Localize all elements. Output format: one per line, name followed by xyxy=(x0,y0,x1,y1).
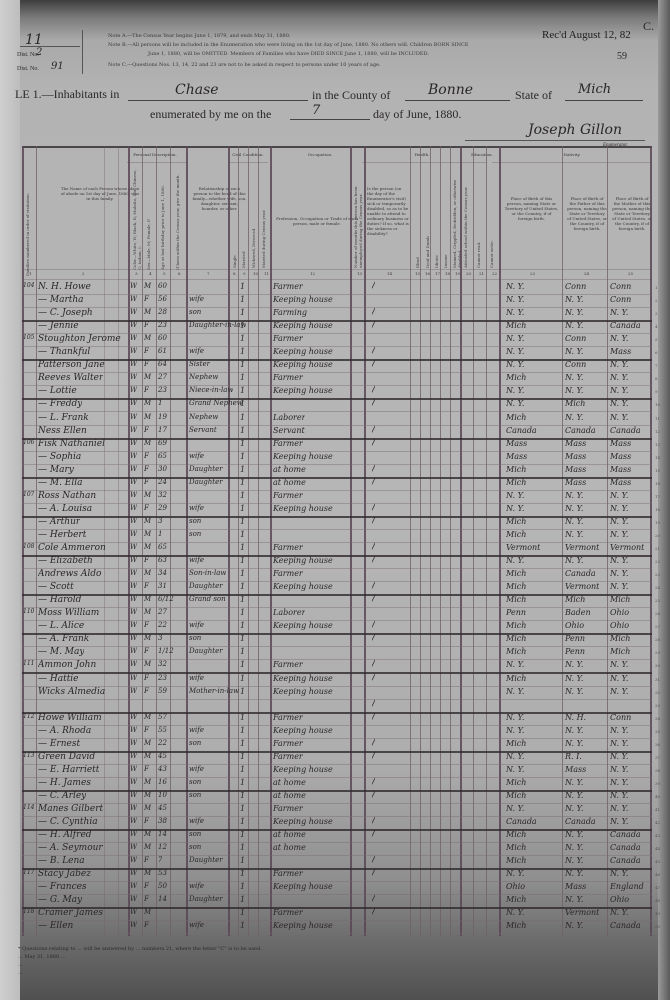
header-color: Color—White, W; Black, B; Mulatto, Mu; C… xyxy=(132,168,142,270)
mother-birthplace-value: N. Y. xyxy=(610,739,628,748)
mother-birthplace-value: Canada xyxy=(610,856,641,865)
relationship-value: son xyxy=(189,739,201,747)
dwelling-number: 114 xyxy=(23,804,34,811)
line-number: 38 xyxy=(655,768,660,773)
person-name: Howe William xyxy=(38,713,102,723)
check-mark: / xyxy=(372,437,375,448)
birthplace-value: Mich xyxy=(506,843,526,852)
mother-birthplace-value: Canada xyxy=(610,830,641,839)
color-value: W xyxy=(130,530,137,538)
civil-condition-mark: 1 xyxy=(240,895,245,904)
check-mark: / xyxy=(372,776,375,787)
line-number: 18 xyxy=(655,507,660,512)
civil-condition-mark: 1 xyxy=(240,674,245,683)
sex-value: F xyxy=(144,347,149,355)
age-value: 1 xyxy=(158,530,162,538)
color-value: W xyxy=(130,843,137,851)
mother-birthplace-value: N. Y. xyxy=(610,373,628,382)
table-row: — MaryWF30Daughter1at homeMichMassMass15… xyxy=(22,465,652,478)
relationship-value: Daughter xyxy=(189,647,223,655)
birthplace-value: N. Y. xyxy=(506,504,524,513)
table-row: Ness EllenWF17Servant1ServantCanadaCanad… xyxy=(22,426,652,439)
table-row: — FreddyWM1Grand Nephew1N. Y.MichN. Y.10… xyxy=(22,399,652,412)
mother-birthplace-value: N. Y. xyxy=(610,582,628,591)
age-value: 57 xyxy=(158,713,167,721)
check-mark: / xyxy=(372,515,375,526)
birthplace-value: N. Y. xyxy=(506,347,524,356)
date-suffix: day of June, 1880. xyxy=(373,107,461,122)
county-underline xyxy=(405,100,510,101)
father-birthplace-value: N. H. xyxy=(565,713,586,722)
sex-value: M xyxy=(144,530,151,538)
mother-birthplace-value: Ohio xyxy=(610,621,629,630)
birthplace-value: N. Y. xyxy=(506,752,524,761)
occupation-value: Keeping house xyxy=(273,504,333,513)
table-row: — ArthurWM3son1MichN. Y.N. Y.19/ xyxy=(22,517,652,530)
sex-value: M xyxy=(144,908,151,916)
mother-birthplace-value: N. Y. xyxy=(610,765,628,774)
father-birthplace-value: N. Y. xyxy=(565,921,583,930)
father-birthplace-value: N. Y. xyxy=(565,856,583,865)
line-number: 1 xyxy=(655,285,658,290)
table-row: — ThankfulWF61wife1Keeping houseN. Y.N. … xyxy=(22,347,652,360)
line-number: 32 xyxy=(655,690,660,695)
civil-condition-mark: 1 xyxy=(240,687,245,696)
line-number: 17 xyxy=(655,494,660,499)
relationship-value: Daughter xyxy=(189,895,223,903)
signature-line xyxy=(465,140,645,141)
occupation-value: Keeping house xyxy=(273,765,333,774)
census-page: 11 Dist. No. 2 Dist. No. 91 Note A.—The … xyxy=(0,0,670,1000)
mother-birthplace-value: N. Y. xyxy=(610,660,628,669)
footer-note-3: ... xyxy=(18,962,23,968)
table-row: 111Ammon JohnWM321FarmerN. Y.N. Y.N. Y.3… xyxy=(22,660,652,673)
relationship-value: Daughter-in-law xyxy=(189,321,246,329)
column-number: 18 xyxy=(445,271,450,276)
table-row: — G. MayWF14Daughter1MichN. Y.Ohio48/ xyxy=(22,895,652,908)
birthplace-value: Mich xyxy=(506,413,526,422)
father-birthplace-value: Ohio xyxy=(565,621,584,630)
occupation-value: Keeping house xyxy=(273,347,333,356)
column-number: 3 xyxy=(135,271,138,276)
occupation-value: at home xyxy=(273,843,306,852)
sex-value: M xyxy=(144,334,151,342)
table-row: 112Howe WilliamWM571FarmerN. Y.N. H.Conn… xyxy=(22,713,652,726)
birthplace-value: N. Y. xyxy=(506,360,524,369)
color-value: W xyxy=(130,921,137,929)
color-value: W xyxy=(130,569,137,577)
age-value: 19 xyxy=(158,413,167,421)
mother-birthplace-value: Mich xyxy=(610,595,630,604)
sex-value: M xyxy=(144,517,151,525)
column-number: 21 xyxy=(479,271,484,276)
subheader-rule xyxy=(492,162,652,163)
civil-condition-mark: 1 xyxy=(240,726,245,735)
relationship-value: wife xyxy=(189,347,204,355)
father-birthplace-value: Vermont xyxy=(565,908,599,917)
line-number: 34 xyxy=(655,716,660,721)
header-married-in-year: Married during Census year. xyxy=(261,168,266,268)
line-number: 21 xyxy=(655,546,660,551)
line-number: 46 xyxy=(655,872,660,877)
occupation-value: Keeping house xyxy=(273,817,333,826)
father-birthplace-value: N. Y. xyxy=(565,660,583,669)
line-number: 25 xyxy=(655,598,660,603)
received-stamp: Rec'd August 12, 82 xyxy=(542,29,631,41)
relationship-value: son xyxy=(189,634,201,642)
line-number: 36 xyxy=(655,742,660,747)
age-value: 7 xyxy=(158,856,162,864)
mother-birthplace-value: N. Y. xyxy=(610,804,628,813)
birthplace-value: Mich xyxy=(506,674,526,683)
check-mark: / xyxy=(372,397,375,408)
header-cannot-write: Cannot write. xyxy=(489,216,494,268)
check-mark: / xyxy=(372,737,375,748)
table-row: — C. JosephWM28son1FarmingN. Y.N. Y.N. Y… xyxy=(22,308,652,321)
color-value: W xyxy=(130,634,137,642)
table-row: — ElizabethWF63wife1Keeping houseN. Y.N.… xyxy=(22,556,652,569)
day-underline xyxy=(290,119,370,120)
dwelling-number: 111 xyxy=(23,660,34,667)
father-birthplace-value: N. Y. xyxy=(565,869,583,878)
table-row: 33/ xyxy=(22,700,652,713)
occupation-value: Farmer xyxy=(273,739,303,748)
father-birthplace-value: Mass xyxy=(565,439,586,448)
line-number: 19 xyxy=(655,520,660,525)
birthplace-value: Mich xyxy=(506,595,526,604)
state-value: Mich xyxy=(578,82,611,97)
line-number: 43 xyxy=(655,833,660,838)
table-row: — L. FrankWM19Nephew1LaborerMichN. Y.N. … xyxy=(22,413,652,426)
mother-birthplace-value: Mich xyxy=(610,647,630,656)
header-age: Age at last birthday prior to June 1, 18… xyxy=(160,168,165,270)
person-name: Manes Gilbert xyxy=(38,804,103,814)
age-value: 27 xyxy=(158,608,167,616)
mother-birthplace-value: N. Y. xyxy=(610,517,628,526)
relationship-value: Servant xyxy=(189,426,217,434)
person-name: — Mary xyxy=(38,465,74,475)
civil-condition-mark: 1 xyxy=(240,426,245,435)
person-name: Cramer James xyxy=(38,908,103,918)
civil-condition-mark: 1 xyxy=(240,843,245,852)
header-attended-school: Attended school within the Census year. xyxy=(463,168,468,268)
father-birthplace-value: N. Y. xyxy=(565,517,583,526)
relationship-value: son xyxy=(189,791,201,799)
age-value: 45 xyxy=(158,804,167,812)
color-value: W xyxy=(130,830,137,838)
father-birthplace-value: N. Y. xyxy=(565,895,583,904)
age-value: 45 xyxy=(158,752,167,760)
father-birthplace-value: Mass xyxy=(565,882,586,891)
civil-condition-mark: 1 xyxy=(240,569,245,578)
person-name: — C. Joseph xyxy=(38,308,93,318)
line-number: 45 xyxy=(655,859,660,864)
father-birthplace-value: Penn xyxy=(565,634,585,643)
father-birthplace-value: N. Y. xyxy=(565,791,583,800)
line-number: 28 xyxy=(655,637,660,642)
person-name: — H. James xyxy=(38,778,91,788)
birthplace-value: Penn xyxy=(506,608,526,617)
sex-value: F xyxy=(144,321,149,329)
relationship-value: Daughter xyxy=(189,582,223,590)
age-value: 3 xyxy=(158,517,162,525)
color-value: W xyxy=(130,360,137,368)
civil-condition-mark: 1 xyxy=(240,595,245,604)
occupation-value: Farmer xyxy=(273,334,303,343)
father-birthplace-value: N. Y. xyxy=(565,778,583,787)
check-mark: / xyxy=(372,424,375,435)
column-number: 11 xyxy=(264,271,269,276)
mother-birthplace-value: N. Y. xyxy=(610,530,628,539)
father-birthplace-value: Vermont xyxy=(565,582,599,591)
civil-condition-mark: 1 xyxy=(240,491,245,500)
header-mother-birthplace: Place of Birth of the Mother of this per… xyxy=(612,196,652,231)
check-mark: / xyxy=(372,854,375,865)
age-value: 59 xyxy=(158,687,167,695)
relationship-value: son xyxy=(189,830,201,838)
mother-birthplace-value: N. Y. xyxy=(610,569,628,578)
civil-condition-mark: 1 xyxy=(240,373,245,382)
person-name: — C. Cynthia xyxy=(38,817,98,827)
line-number: 22 xyxy=(655,559,660,564)
line-number: 3 xyxy=(655,311,658,316)
color-value: W xyxy=(130,869,137,877)
person-name: — Herbert xyxy=(38,530,86,540)
age-value: 55 xyxy=(158,726,167,734)
column-number: 5 xyxy=(163,271,166,276)
corner-letter: C. xyxy=(643,19,654,34)
line-number: 11 xyxy=(655,416,660,421)
mother-birthplace-value: Canada xyxy=(610,921,641,930)
dwelling-number: 106 xyxy=(23,439,34,446)
mother-birthplace-value: Canada xyxy=(610,426,641,435)
header-father-birthplace: Place of Birth of the Father of this per… xyxy=(567,196,607,231)
line-number: 37 xyxy=(655,755,660,760)
occupation-value: Keeping house xyxy=(273,360,333,369)
birthplace-value: Mich xyxy=(506,517,526,526)
note-b: Note B.—All persons will be included in … xyxy=(108,42,469,48)
father-birthplace-value: Penn xyxy=(565,647,585,656)
birthplace-value: Mich xyxy=(506,895,526,904)
relationship-value: wife xyxy=(189,726,204,734)
relationship-value: Daughter xyxy=(189,478,223,486)
mother-birthplace-value: N. Y. xyxy=(610,399,628,408)
father-birthplace-value: Canada xyxy=(565,569,596,578)
footer-note-2: ... May 31, 1880 ... xyxy=(18,954,66,960)
place-underline xyxy=(128,100,308,101)
header-dwelling: Families numbered in order of visitation… xyxy=(25,186,30,276)
mother-birthplace-value: Conn xyxy=(610,713,631,722)
sex-value: M xyxy=(144,308,151,316)
age-value: 17 xyxy=(158,426,167,434)
occupation-value: Keeping house xyxy=(273,452,333,461)
occupation-value: Keeping house xyxy=(273,321,333,330)
birthplace-value: N. Y. xyxy=(506,713,524,722)
civil-condition-mark: 1 xyxy=(240,295,245,304)
birthplace-value: Mich xyxy=(506,791,526,800)
father-birthplace-value: N. Y. xyxy=(565,739,583,748)
age-value: 65 xyxy=(158,452,167,460)
age-value: 23 xyxy=(158,674,167,682)
line-number: 26 xyxy=(655,611,660,616)
sex-value: F xyxy=(144,765,149,773)
mother-birthplace-value: Conn xyxy=(610,295,631,304)
table-row: — C. ArleyWM10son1at homeMichN. Y.N. Y.4… xyxy=(22,791,652,804)
color-value: W xyxy=(130,413,137,421)
day-value: 7 xyxy=(312,103,320,118)
occupation-value: Farmer xyxy=(273,804,303,813)
person-name: Stacy Jabez xyxy=(38,869,91,879)
color-value: W xyxy=(130,504,137,512)
birthplace-value: Mich xyxy=(506,856,526,865)
person-name: — Elizabeth xyxy=(38,556,93,566)
bracket-line xyxy=(82,30,83,74)
header-months-unemployed: Number of months this person has been un… xyxy=(353,168,363,268)
father-birthplace-value: Conn xyxy=(565,334,586,343)
check-mark: / xyxy=(372,632,375,643)
civil-condition-mark: 1 xyxy=(240,660,245,669)
column-number: 19 xyxy=(455,271,460,276)
sex-value: F xyxy=(144,556,149,564)
table-row: — A. FrankWM3son1MichPennMich28/ xyxy=(22,634,652,647)
color-value: W xyxy=(130,908,137,916)
header-nativity-group: Nativity. xyxy=(542,152,602,157)
mother-birthplace-value: N. Y. xyxy=(610,504,628,513)
column-number: 1 xyxy=(29,271,32,276)
person-name: Reeves Walter xyxy=(38,373,103,383)
county-label: in the County of xyxy=(312,88,390,103)
table-row: — E. HarriettWF43wife1Keeping houseN. Y.… xyxy=(22,765,652,778)
note-c: Note C.—Questions Nos. 13, 14, 22 and 23… xyxy=(108,62,381,68)
civil-condition-mark: 1 xyxy=(240,504,245,513)
father-birthplace-value: N. Y. xyxy=(565,373,583,382)
mother-birthplace-value: N. Y. xyxy=(610,308,628,317)
father-birthplace-value: Canada xyxy=(565,426,596,435)
occupation-value: Laborer xyxy=(273,413,305,422)
civil-condition-mark: 1 xyxy=(240,908,245,917)
color-value: W xyxy=(130,895,137,903)
sex-value: M xyxy=(144,843,151,851)
occupation-value: Farmer xyxy=(273,908,303,917)
sex-value: F xyxy=(144,504,149,512)
color-value: W xyxy=(130,882,137,890)
birthplace-value: N. Y. xyxy=(506,726,524,735)
footer-note-4: ... xyxy=(18,970,23,976)
sex-value: M xyxy=(144,634,151,642)
person-name: Cole Ammeron xyxy=(38,543,106,553)
color-value: W xyxy=(130,282,137,290)
relationship-value: wife xyxy=(189,295,204,303)
column-number: 20 xyxy=(466,271,471,276)
birthplace-value: Mich xyxy=(506,634,526,643)
table-row: — M. MayWF1/12Daughter1MichPennMich29 xyxy=(22,647,652,660)
check-mark: / xyxy=(372,476,375,487)
civil-condition-mark: 1 xyxy=(240,608,245,617)
table-row: — ErnestWM22son1FarmerMichN. Y.N. Y.36/ xyxy=(22,739,652,752)
divider xyxy=(20,46,80,47)
father-birthplace-value: N. Y. xyxy=(565,347,583,356)
line-number: 16 xyxy=(655,481,660,486)
sex-value: F xyxy=(144,465,149,473)
civil-condition-mark: 1 xyxy=(240,439,245,448)
civil-condition-mark: 1 xyxy=(240,765,245,774)
birthplace-value: N. Y. xyxy=(506,765,524,774)
mother-birthplace-value: Mass xyxy=(610,439,631,448)
civil-condition-mark: 1 xyxy=(240,713,245,722)
table-row: 107Ross NathanWM321FarmerN. Y.N. Y.N. Y.… xyxy=(22,491,652,504)
civil-condition-mark: 1 xyxy=(240,543,245,552)
occupation-value: at home xyxy=(273,778,306,787)
age-value: 56 xyxy=(158,295,167,303)
color-value: W xyxy=(130,726,137,734)
birthplace-value: Vermont xyxy=(506,543,540,552)
sex-value: F xyxy=(144,895,149,903)
father-birthplace-value: N. Y. xyxy=(565,504,583,513)
column-number: 14 xyxy=(387,271,392,276)
person-name: — A. Louisa xyxy=(38,504,92,514)
age-value: 16 xyxy=(158,778,167,786)
person-name: — G. May xyxy=(38,895,82,905)
father-birthplace-value: Mich xyxy=(565,595,585,604)
occupation-value: Keeping house xyxy=(273,556,333,565)
father-birthplace-value: N. Y. xyxy=(565,308,583,317)
father-birthplace-value: N. Y. xyxy=(565,726,583,735)
table-row: 114Manes GilbertWM451FarmerN. Y.N. Y.N. … xyxy=(22,804,652,817)
father-birthplace-value: N. Y. xyxy=(565,674,583,683)
relationship-value: son xyxy=(189,843,201,851)
subheader-rule xyxy=(127,162,187,163)
sex-value: F xyxy=(144,386,149,394)
table-row: — SophiaWF65wife1Keeping houseMassMassMa… xyxy=(22,452,652,465)
father-birthplace-value: N. Y. xyxy=(565,830,583,839)
relationship-value: wife xyxy=(189,817,204,825)
header-health-group: Health. xyxy=(392,152,452,157)
person-name: — Sophia xyxy=(38,452,81,462)
sex-value: F xyxy=(144,295,149,303)
color-value: W xyxy=(130,804,137,812)
birthplace-value: Mich xyxy=(506,830,526,839)
color-value: W xyxy=(130,856,137,864)
civil-condition-mark: 1 xyxy=(240,334,245,343)
person-name: N. H. Howe xyxy=(38,282,91,292)
line-number: 2 xyxy=(655,298,658,303)
column-number-rule xyxy=(22,279,652,280)
check-mark: / xyxy=(372,463,375,474)
person-name: Fisk Nathaniel xyxy=(38,439,105,449)
occupation-value: Keeping house xyxy=(273,882,333,891)
color-value: W xyxy=(130,439,137,447)
civil-condition-mark: 1 xyxy=(240,413,245,422)
father-birthplace-value: N. Y. xyxy=(565,321,583,330)
table-row: 113Green DavidWM451FarmerN. Y.R. I.N. Y.… xyxy=(22,752,652,765)
line-number: 4 xyxy=(655,324,658,329)
relationship-value: wife xyxy=(189,504,204,512)
dwelling-number: 107 xyxy=(23,491,34,498)
birthplace-value: Mich xyxy=(506,778,526,787)
table-row: 104N. H. HoweWM601FarmerN. Y.ConnConn1/ xyxy=(22,282,652,295)
person-name: Wicks Almedia xyxy=(38,687,105,697)
enumeration-district-value: 91 xyxy=(51,61,64,72)
color-value: W xyxy=(130,608,137,616)
birthplace-value: Mich xyxy=(506,373,526,382)
mother-birthplace-value: N. Y. xyxy=(610,360,628,369)
occupation-value: Farmer xyxy=(273,869,303,878)
age-value: 63 xyxy=(158,556,167,564)
civil-condition-mark: 1 xyxy=(240,386,245,395)
father-birthplace-value: N. Y. xyxy=(565,556,583,565)
age-value: 24 xyxy=(158,478,167,486)
check-mark: / xyxy=(372,580,375,591)
